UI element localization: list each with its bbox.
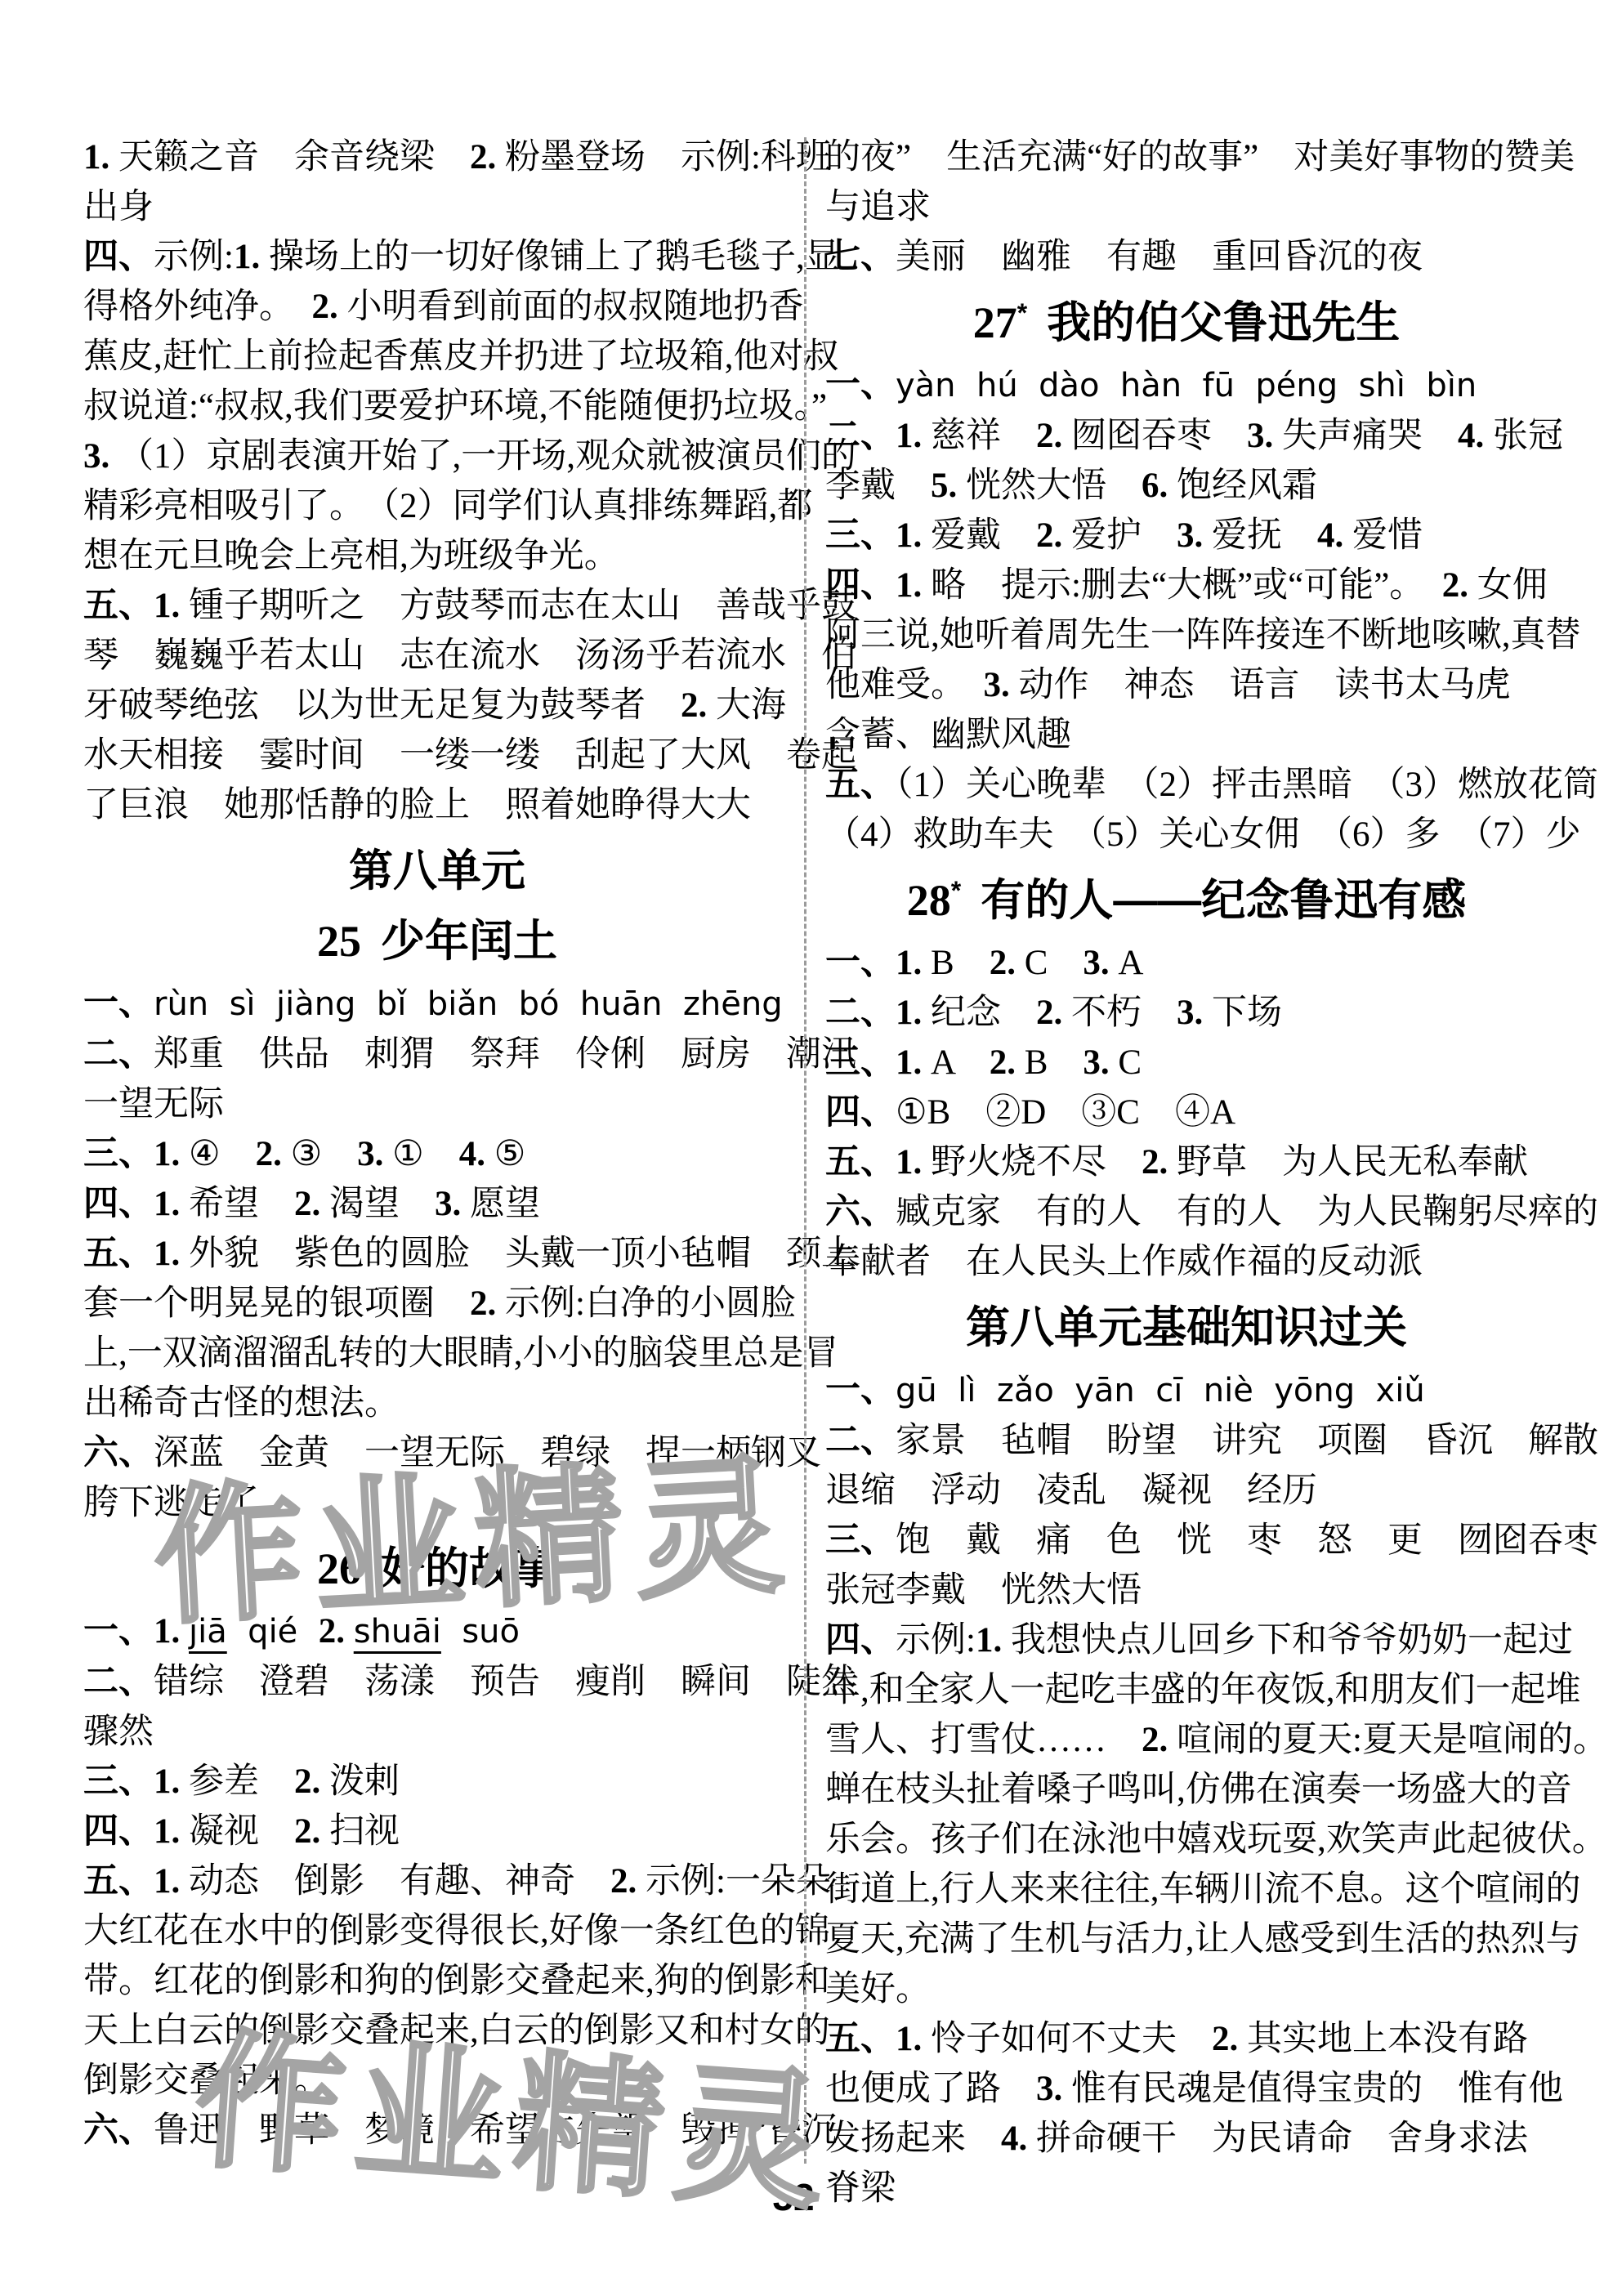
answer-text: 李戴 <box>825 467 931 505</box>
answer-text: 爱惜 <box>1352 516 1423 555</box>
answer-text: 2. <box>1212 2020 1247 2058</box>
answer-text: ①B ②D ③C ④A <box>896 1093 1235 1132</box>
answer-line: 1. 天籁之音 余音绕梁 2. 粉墨登场 示例:科班 <box>83 132 791 182</box>
answer-text: 三、 <box>83 1135 154 1173</box>
answer-text: 美丽 幽雅 有趣 重回昏沉的夜 <box>896 238 1423 276</box>
answer-text: 臧克家 有的人 有的人 为人民鞠躬尽瘁的 <box>896 1193 1598 1231</box>
answer-text: C <box>1118 1043 1142 1082</box>
answer-text: 4. <box>1458 417 1493 455</box>
answer-text: 喧闹的夏天:夏天是喧闹的。 <box>1177 1721 1608 1759</box>
answer-text: 上,一双滴溜溜乱转的大眼睛,小小的脑袋里总是冒 <box>83 1334 839 1373</box>
answer-text: 与追求 <box>825 188 931 226</box>
answer-line: 五、1. 外貌 紫色的圆脸 头戴一顶小毡帽 颈上 <box>83 1229 791 1279</box>
answer-text: 其实地上本没有路 <box>1247 2020 1528 2058</box>
answer-text: 2. <box>1142 1721 1177 1759</box>
answer-text: 2. <box>470 138 505 176</box>
answer-text: 1. <box>234 238 269 276</box>
answer-text: 乐会。孩子们在泳池中嬉戏玩耍,欢笑声此起彼伏。 <box>825 1820 1607 1859</box>
answer-text: 3. <box>1247 417 1282 455</box>
answer-line: 大红花在水中的倒影变得很长,好像一条红色的锦 <box>83 1906 791 1956</box>
answer-text: 二、 <box>825 994 896 1032</box>
answer-line: 四、1. 略 提示:删去“大概”或“可能”。 2. 女佣 <box>825 561 1548 610</box>
answer-line: 四、示例:1. 操场上的一切好像铺上了鹅毛毯子,显 <box>83 232 791 282</box>
answer-line: 五、（1）关心晚辈 （2）抨击黑暗 （3）燃放花筒 <box>825 760 1548 810</box>
answer-line: 五、1. 锺子期听之 方鼓琴而志在太山 善哉乎鼓 <box>83 581 791 631</box>
answer-text: 五、 <box>83 1862 154 1901</box>
answer-line: 琴 巍巍乎若太山 志在流水 汤汤乎若流水 伯 <box>83 631 791 681</box>
answer-line: 发扬起来 4. 拼命硬干 为民请命 舍身求法 <box>825 2114 1548 2164</box>
answer-line: 一、gū lì zǎo yān cī niè yōng xiǔ <box>825 1365 1548 1416</box>
answer-text: 五、 <box>825 1143 896 1182</box>
answer-line: 七、美丽 幽雅 有趣 重回昏沉的夜 <box>825 232 1548 282</box>
answer-text: 2. <box>681 686 716 725</box>
answer-text: 家景 毡帽 盼望 讲究 项圈 昏沉 解散 <box>896 1422 1598 1460</box>
answer-text: yàn hú dào hàn fū péng shì bìn <box>896 367 1477 404</box>
answer-text: 2. <box>990 1043 1025 1082</box>
lesson-number: 28 <box>907 876 951 925</box>
answer-text: 1. <box>154 587 189 625</box>
answer-text: 1. <box>896 566 931 605</box>
answer-text: 囫囵吞枣 <box>1071 417 1247 455</box>
answer-line: 李戴 5. 恍然大悟 6. 饱经风霜 <box>825 461 1548 511</box>
answer-text: 三、 <box>825 1521 896 1560</box>
answer-text: 怜子如何不丈夫 <box>931 2020 1212 2058</box>
answer-text: 2. <box>1142 1143 1177 1182</box>
answer-text: 野草 为人民无私奉献 <box>1177 1143 1528 1182</box>
answer-text: 三、 <box>825 1043 896 1082</box>
answer-text: 2. <box>256 1135 291 1173</box>
answer-text: rùn sì jiàng bǐ biǎn bó huān zhēng <box>154 985 783 1023</box>
answer-line: 三、1. ④ 2. ③ 3. ① 4. ⑤ <box>83 1129 791 1179</box>
answer-text: 饱 戴 痛 色 恍 枣 怒 更 囫囵吞枣 <box>896 1521 1598 1560</box>
answer-text: B <box>1025 1043 1084 1082</box>
answer-text: ⑤ <box>494 1135 526 1173</box>
answer-line: 想在元旦晚会上亮相,为班级争光。 <box>83 531 791 581</box>
answer-line: 二、1. 慈祥 2. 囫囵吞枣 3. 失声痛哭 4. 张冠 <box>825 411 1548 461</box>
answer-text: 1. <box>896 1143 931 1182</box>
answer-text: 2. <box>294 1762 329 1801</box>
answer-text: 1. <box>154 1185 189 1223</box>
answer-line: 年,和全家人一起吃丰盛的年夜饭,和朋友们一起堆 <box>825 1665 1548 1715</box>
answer-line: 四、1. 希望 2. 渴望 3. 愿望 <box>83 1179 791 1229</box>
answer-text: 2. <box>990 944 1025 982</box>
answer-text: 四、 <box>825 1621 896 1659</box>
answer-text: 3. <box>1083 1043 1118 1082</box>
answer-text: 3. <box>1177 994 1212 1032</box>
answer-text: 示例: <box>154 238 234 276</box>
answer-text: 二、 <box>825 1422 896 1460</box>
answer-text: 扫视 <box>329 1812 400 1851</box>
answer-text: 天籁之音 余音绕梁 <box>118 138 470 176</box>
answer-text: 雪人、打雪仗…… <box>825 1721 1142 1759</box>
answer-text: 2. <box>610 1862 646 1901</box>
answer-line: 脊梁 <box>825 2164 1548 2213</box>
answer-text: 美好。 <box>825 1970 931 2008</box>
answer-text: 得格外纯净。 <box>83 288 312 326</box>
answer-line: 一望无际 <box>83 1079 791 1129</box>
answer-text: 3. <box>1036 2070 1071 2108</box>
answer-line: 二、郑重 供品 刺猬 祭拜 伶俐 厨房 潮汛 <box>83 1030 791 1079</box>
answer-text: 2. <box>294 1812 329 1851</box>
unit-header: 第八单元基础知识过关 <box>825 1298 1548 1357</box>
answer-text: 锺子期听之 方鼓琴而志在太山 善哉乎鼓 <box>189 587 856 625</box>
answer-text: 阿三说,她听着周先生一阵阵接连不断地咳嗽,真替 <box>825 616 1581 654</box>
answer-text: 五、 <box>825 766 896 804</box>
answer-text: 四、 <box>83 1812 154 1851</box>
answer-text: 张冠 <box>1493 417 1563 455</box>
lesson-header: 28*有的人——纪念鲁迅有感 <box>825 871 1548 930</box>
answer-text: 蕉皮,赶忙上前捡起香蕉皮并扔进了垃圾箱,他对叔 <box>83 337 839 376</box>
answer-text: 四、 <box>825 566 896 605</box>
answer-line: 与追求 <box>825 182 1548 232</box>
answer-text: 1. <box>83 138 118 176</box>
answer-text: 泼剌 <box>329 1762 400 1801</box>
answer-text: 含蓄、幽默风趣 <box>825 716 1071 754</box>
answer-text: 略 提示:删去“大概”或“可能”。 <box>931 566 1442 605</box>
answer-text: 示例: <box>896 1621 976 1659</box>
lesson-title: 少年闰土 <box>381 917 557 966</box>
answer-text: 夏天,充满了生机与活力,让人感受到生活的热烈与 <box>825 1920 1581 1959</box>
answer-text: 退缩 浮动 凌乱 凝视 经历 <box>825 1472 1317 1510</box>
answer-text: 出身 <box>83 188 154 226</box>
watermark: 作业精灵 <box>149 1407 800 1654</box>
answer-text: 年,和全家人一起吃丰盛的年夜饭,和朋友们一起堆 <box>825 1671 1581 1709</box>
answer-line: 牙破琴绝弦 以为世无足复为鼓琴者 2. 大海 <box>83 681 791 730</box>
answer-text: 2. <box>312 288 347 326</box>
answer-text: 精彩亮相吸引了。 （2）同学们认真排练舞蹈,都 <box>83 487 812 525</box>
answer-text: 想在元旦晚会上亮相,为班级争光。 <box>83 537 619 575</box>
answer-text: 1. <box>154 1235 189 1273</box>
answer-text: 发扬起来 <box>825 2120 1001 2158</box>
answer-line: 蝉在枝头扯着嗓子鸣叫,仿佛在演奏一场盛大的音 <box>825 1765 1548 1815</box>
answer-text: 一、 <box>825 366 896 404</box>
answer-line: 三、1. 爱戴 2. 爱护 3. 爱抚 4. 爱惜 <box>825 511 1548 561</box>
answer-text: 奉献者 在人民头上作威作福的反动派 <box>825 1243 1423 1281</box>
answer-line: 得格外纯净。 2. 小明看到前面的叔叔随地扔香 <box>83 282 791 332</box>
answer-text: 1. <box>896 944 931 982</box>
answer-text: 也便成了路 <box>825 2070 1036 2108</box>
answer-text: 七、 <box>825 238 896 276</box>
answer-text: 三、 <box>825 516 896 555</box>
answer-text: 4. <box>1317 516 1352 555</box>
answer-text: 六、 <box>83 1434 154 1472</box>
answer-text: 动态 倒影 有趣、神奇 <box>189 1862 610 1901</box>
answer-text: 错综 澄碧 荡漾 预告 瘦削 瞬间 陡然 <box>154 1663 856 1701</box>
right-column: 的夜” 生活充满“好的故事” 对美好事物的赞美与追求七、美丽 幽雅 有趣 重回昏… <box>825 132 1548 2213</box>
answer-text: 1. <box>896 994 931 1032</box>
answer-text: 女佣 <box>1477 566 1548 605</box>
answer-text: C <box>1025 944 1084 982</box>
answer-text: 四、 <box>83 238 154 276</box>
answer-line: 四、示例:1. 我想快点儿回乡下和爷爷奶奶一起过 <box>825 1615 1548 1665</box>
answer-text: 大海 <box>716 686 786 725</box>
answer-text: 2. <box>470 1284 505 1323</box>
answer-line: 雪人、打雪仗…… 2. 喧闹的夏天:夏天是喧闹的。 <box>825 1715 1548 1765</box>
answer-text: 一、 <box>825 944 896 982</box>
answer-line: 出身 <box>83 182 791 232</box>
answer-line: 三、饱 戴 痛 色 恍 枣 怒 更 囫囵吞枣 <box>825 1516 1548 1566</box>
answer-line: 美好。 <box>825 1964 1548 2014</box>
answer-text: 的夜” 生活充满“好的故事” 对美好事物的赞美 <box>825 138 1575 176</box>
answer-line: 一、yàn hú dào hàn fū péng shì bìn <box>825 360 1548 411</box>
answer-line: 一、1. B 2. C 3. A <box>825 938 1548 988</box>
answer-text: 爱戴 <box>931 516 1036 555</box>
answer-text: 2. <box>1036 516 1071 555</box>
answer-text: 我想快点儿回乡下和爷爷奶奶一起过 <box>1011 1621 1573 1659</box>
answer-line: 夏天,充满了生机与活力,让人感受到生活的热烈与 <box>825 1914 1548 1964</box>
answer-line: 精彩亮相吸引了。 （2）同学们认真排练舞蹈,都 <box>83 481 791 531</box>
answer-text: 张冠李戴 恍然大悟 <box>825 1571 1142 1610</box>
answer-text: 3. <box>1177 516 1212 555</box>
answer-text: 二、 <box>83 1035 154 1074</box>
answer-line: 四、1. 凝视 2. 扫视 <box>83 1807 791 1856</box>
answer-text: 4. <box>459 1135 494 1173</box>
answer-line: 骤然 <box>83 1707 791 1757</box>
answer-text: 2. <box>294 1185 329 1223</box>
answer-text: 1. <box>154 1812 189 1851</box>
answer-text: 街道上,行人来来往往,车辆川流不息。这个喧闹的 <box>825 1870 1581 1909</box>
answer-text: 一、 <box>83 1612 154 1651</box>
answer-line: 3. （1）京剧表演开始了,一开场,观众就被演员们的 <box>83 431 791 481</box>
lesson-star: * <box>1017 298 1027 328</box>
answer-line: 六、臧克家 有的人 有的人 为人民鞠躬尽瘁的 <box>825 1187 1548 1237</box>
answer-line: 退缩 浮动 凌乱 凝视 经历 <box>825 1466 1548 1516</box>
answer-text: 恍然大悟 <box>966 467 1142 505</box>
answer-text: （4）救助车夫 （5）关心女佣 （6）多 （7）少 <box>825 815 1581 854</box>
answer-text: 希望 <box>189 1185 294 1223</box>
answer-text: 四、 <box>83 1185 154 1223</box>
answer-text: 渴望 <box>329 1185 435 1223</box>
answer-text: 1. <box>154 1135 189 1173</box>
answer-line: 他难受。 3. 动作 神态 语言 读书太马虎 <box>825 660 1548 710</box>
unit-header-text: 第八单元基础知识过关 <box>966 1303 1407 1352</box>
answer-text: 五、 <box>83 1235 154 1273</box>
answer-text: 5. <box>931 467 966 505</box>
answer-text: 大红花在水中的倒影变得很长,好像一条红色的锦 <box>83 1912 830 1950</box>
answer-line: 叔说道:“叔叔,我们要爱护环境,不能随便扔垃圾。” <box>83 382 791 431</box>
answer-text: 1. <box>976 1621 1011 1659</box>
answer-text: 1. <box>154 1862 189 1901</box>
answer-text: 带。红花的倒影和狗的倒影交叠起来,狗的倒影和 <box>83 1962 830 2000</box>
answer-text: 三、 <box>83 1762 154 1801</box>
answer-text: 2. <box>1036 994 1071 1032</box>
answer-text: 2. <box>1036 417 1071 455</box>
answer-line: 套一个明晃晃的银项圈 2. 示例:白净的小圆脸 <box>83 1279 791 1329</box>
answer-text: A <box>931 1043 990 1082</box>
answer-text: 六、 <box>83 2111 154 2150</box>
answer-text: 下场 <box>1212 994 1282 1032</box>
answer-text: 出稀奇古怪的想法。 <box>83 1384 400 1423</box>
answer-text: 骤然 <box>83 1713 154 1751</box>
answer-text: 慈祥 <box>931 417 1036 455</box>
answer-text: 郑重 供品 刺猬 祭拜 伶俐 厨房 潮汛 <box>154 1035 856 1074</box>
answer-text: B <box>931 944 990 982</box>
answer-text: 饱经风霜 <box>1177 467 1317 505</box>
answer-text: 1. <box>896 1043 931 1082</box>
lesson-number: 25 <box>317 917 361 966</box>
answer-text: 一、 <box>825 1371 896 1409</box>
answer-text: 3. <box>1083 944 1118 982</box>
answer-line: 三、1. 参差 2. 泼剌 <box>83 1757 791 1807</box>
answer-text: 二、 <box>83 1663 154 1701</box>
answer-text: 拼命硬干 为民请命 舍身求法 <box>1036 2120 1528 2158</box>
answer-line: 三、1. A 2. B 3. C <box>825 1038 1548 1088</box>
answer-text: 小明看到前面的叔叔随地扔香 <box>347 288 804 326</box>
answer-text: 凝视 <box>189 1812 294 1851</box>
lesson-header: 25少年闰土 <box>83 912 791 971</box>
answer-text: 叔说道:“叔叔,我们要爱护环境,不能随便扔垃圾。” <box>83 387 827 426</box>
answer-line: 五、1. 怜子如何不丈夫 2. 其实地上本没有路 <box>825 2014 1548 2064</box>
answer-line: 一、rùn sì jiàng bǐ biǎn bó huān zhēng <box>83 979 791 1030</box>
answer-text: 3. <box>357 1135 392 1173</box>
answer-text: 3. <box>984 666 1019 704</box>
lesson-title: 有的人——纪念鲁迅有感 <box>981 876 1466 925</box>
answer-book-page: 1. 天籁之音 余音绕梁 2. 粉墨登场 示例:科班出身四、示例:1. 操场上的… <box>0 0 1613 2296</box>
answer-text: 粉墨登场 示例:科班 <box>505 138 831 176</box>
answer-line: 五、1. 野火烧不尽 2. 野草 为人民无私奉献 <box>825 1137 1548 1187</box>
answer-text: 水天相接 霎时间 一缕一缕 刮起了大风 卷起 <box>83 736 856 775</box>
answer-text: 惟有民魂是值得宝贵的 惟有他 <box>1071 2070 1563 2108</box>
watermark: 作业精灵 <box>190 1981 843 2239</box>
left-column: 1. 天籁之音 余音绕梁 2. 粉墨登场 示例:科班出身四、示例:1. 操场上的… <box>83 132 791 2155</box>
answer-text: 动作 神态 语言 读书太马虎 <box>1019 666 1511 704</box>
answer-text: 3. <box>435 1185 470 1223</box>
answer-text: 4. <box>1001 2120 1036 2158</box>
answer-line: 了巨浪 她那恬静的脸上 照着她睁得大大 <box>83 780 791 830</box>
answer-text: 1. <box>896 2020 931 2058</box>
answer-line: 二、错综 澄碧 荡漾 预告 瘦削 瞬间 陡然 <box>83 1657 791 1707</box>
answer-text: 爱护 <box>1071 516 1177 555</box>
answer-line: 水天相接 霎时间 一缕一缕 刮起了大风 卷起 <box>83 730 791 780</box>
answer-line: 二、1. 纪念 2. 不朽 3. 下场 <box>825 988 1548 1038</box>
lesson-title: 我的伯父鲁迅先生 <box>1047 298 1400 347</box>
answer-text: 蝉在枝头扯着嗓子鸣叫,仿佛在演奏一场盛大的音 <box>825 1771 1572 1809</box>
answer-line: 阿三说,她听着周先生一阵阵接连不断地咳嗽,真替 <box>825 610 1548 660</box>
answer-text: 了巨浪 她那恬静的脸上 照着她睁得大大 <box>83 786 751 824</box>
answer-text: 示例:一朵朵 <box>646 1862 831 1901</box>
answer-text: 愿望 <box>470 1185 540 1223</box>
answer-text: 1. <box>154 1762 189 1801</box>
answer-text: 二、 <box>825 417 896 455</box>
answer-text: 牙破琴绝弦 以为世无足复为鼓琴者 <box>83 686 681 725</box>
answer-text: 一望无际 <box>83 1085 224 1123</box>
answer-text: 一、 <box>83 985 154 1023</box>
answer-text: 2. <box>1442 566 1477 605</box>
answer-text: 套一个明晃晃的银项圈 <box>83 1284 470 1323</box>
answer-text: （1）关心晚辈 （2）抨击黑暗 （3）燃放花筒 <box>896 766 1598 804</box>
answer-line: （4）救助车夫 （5）关心女佣 （6）多 （7）少 <box>825 810 1548 860</box>
answer-text: A <box>1118 944 1143 982</box>
answer-line: 乐会。孩子们在泳池中嬉戏玩耍,欢笑声此起彼伏。 <box>825 1815 1548 1865</box>
column-divider <box>804 137 806 2164</box>
answer-line: 上,一双滴溜溜乱转的大眼睛,小小的脑袋里总是冒 <box>83 1329 791 1378</box>
answer-line: 的夜” 生活充满“好的故事” 对美好事物的赞美 <box>825 132 1548 182</box>
answer-text: 纪念 <box>931 994 1036 1032</box>
answer-line: 含蓄、幽默风趣 <box>825 710 1548 760</box>
answer-text: 操场上的一切好像铺上了鹅毛毯子,显 <box>269 238 840 276</box>
answer-text: 他难受。 <box>825 666 984 704</box>
answer-text: 外貌 紫色的圆脸 头戴一顶小毡帽 颈上 <box>189 1235 856 1273</box>
answer-text: 爱抚 <box>1212 516 1317 555</box>
lesson-star: * <box>951 876 961 905</box>
answer-text: 示例:白净的小圆脸 <box>505 1284 796 1323</box>
answer-line: 张冠李戴 恍然大悟 <box>825 1566 1548 1615</box>
answer-text: 琴 巍巍乎若太山 志在流水 汤汤乎若流水 伯 <box>83 637 856 675</box>
answer-text: （1）京剧表演开始了,一开场,观众就被演员们的 <box>118 437 856 476</box>
answer-text: gū lì zǎo yān cī niè yōng xiǔ <box>896 1372 1425 1409</box>
answer-text: 不朽 <box>1071 994 1177 1032</box>
answer-text: 1. <box>896 417 931 455</box>
answer-text: 失声痛哭 <box>1282 417 1458 455</box>
answer-text: ① <box>392 1135 459 1173</box>
unit-header: 第八单元 <box>83 842 791 900</box>
answer-line: 蕉皮,赶忙上前捡起香蕉皮并扔进了垃圾箱,他对叔 <box>83 332 791 382</box>
answer-line: 五、1. 动态 倒影 有趣、神奇 2. 示例:一朵朵 <box>83 1856 791 1906</box>
answer-line: 街道上,行人来来往往,车辆川流不息。这个喧闹的 <box>825 1865 1548 1914</box>
answer-text: 3. <box>83 437 118 476</box>
lesson-header: 27*我的伯父鲁迅先生 <box>825 293 1548 352</box>
answer-text: 野火烧不尽 <box>931 1143 1142 1182</box>
answer-text: 参差 <box>189 1762 294 1801</box>
answer-text: 四、 <box>825 1093 896 1132</box>
answer-line: 也便成了路 3. 惟有民魂是值得宝贵的 惟有他 <box>825 2064 1548 2114</box>
answer-text: 6. <box>1142 467 1177 505</box>
answer-line: 奉献者 在人民头上作威作福的反动派 <box>825 1237 1548 1287</box>
answer-text: 五、 <box>83 587 154 625</box>
unit-header-text: 第八单元 <box>349 846 525 896</box>
answer-line: 二、家景 毡帽 盼望 讲究 项圈 昏沉 解散 <box>825 1416 1548 1466</box>
answer-line: 四、①B ②D ③C ④A <box>825 1088 1548 1137</box>
lesson-number: 27 <box>973 298 1017 347</box>
answer-text: ④ <box>189 1135 256 1173</box>
answer-text: 六、 <box>825 1193 896 1231</box>
answer-text: ③ <box>291 1135 358 1173</box>
answer-text: 1. <box>896 516 931 555</box>
